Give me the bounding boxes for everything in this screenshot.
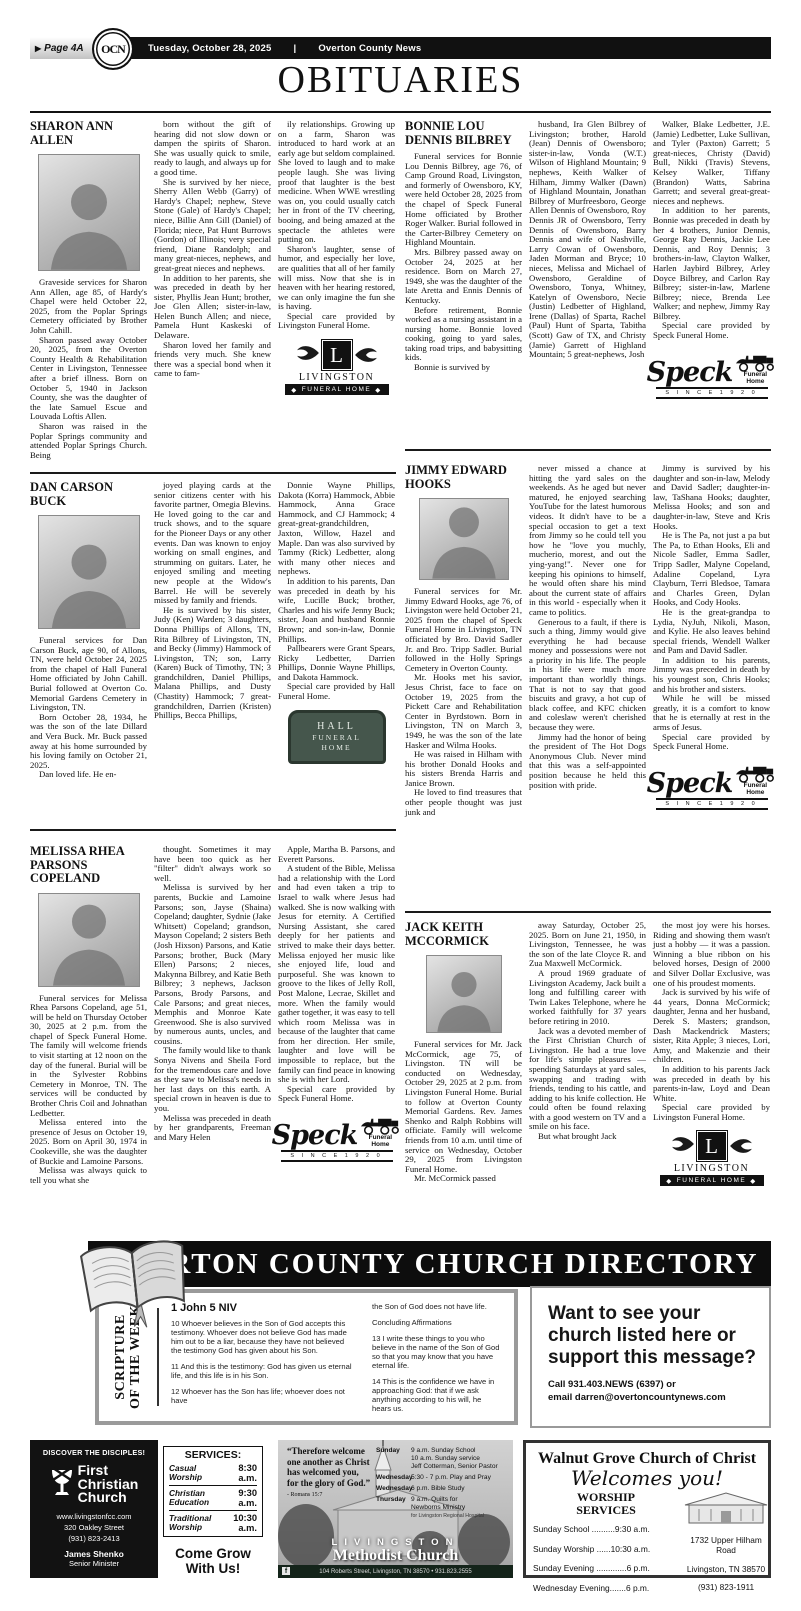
- flourish-icon: [354, 345, 378, 365]
- obituary-paragraph: Melissa was preceded in death by her gra…: [154, 1114, 271, 1143]
- fcc-minister-title: Senior Minister: [35, 1559, 153, 1568]
- speck-since-label: S I N C E 1 9 2 0: [656, 798, 768, 810]
- promo-email[interactable]: email darren@overtoncountynews.com: [548, 1391, 761, 1404]
- schedule-row: Wednesday5:30 - 7 p.m. Play and Pray: [376, 1474, 510, 1482]
- obituary-paragraph: He was raised in Hilham with his brother…: [405, 750, 522, 788]
- speck-script-name: Speck: [647, 361, 733, 385]
- worship-time-row: Sunday Evening .............6 p.m.: [533, 1563, 679, 1574]
- issue-date: Tuesday, October 28, 2025: [148, 43, 271, 54]
- portrait-photo: [38, 154, 140, 271]
- obituary-paragraph: He is the great-grandpa to Lydia, NyJuh,…: [653, 608, 770, 656]
- speck-funeral-home-logo: SpeckFuneral HomeS I N C E 1 9 2 0: [656, 761, 768, 810]
- obituary-paragraph: Pallbearers were Grant Spears, Ricky Led…: [278, 644, 395, 682]
- promo-headline: Want to see your church listed here or s…: [548, 1303, 761, 1369]
- livingston-funeral-home-logo: LLIVINGSTON◆FUNERAL HOME◆: [285, 340, 389, 395]
- obit-column: thought. Sometimes it may have been too …: [154, 845, 271, 1142]
- obituary-paragraph: Funeral services for Bonnie Lou Dennis B…: [405, 152, 522, 248]
- obituary-paragraph: Donnie Wayne Phillips, Dakota (Korra) Ha…: [278, 481, 395, 577]
- obituary-paragraph: In addition to her parents, Bonnie was p…: [653, 206, 770, 321]
- obit-group-allen: SHARON ANN ALLENGraveside services for S…: [30, 120, 396, 460]
- obit-column: ily relationships. Growing up on a farm,…: [278, 120, 395, 399]
- walnut-address-line: 1732 Upper Hilham Road: [683, 1535, 769, 1555]
- speck-funeral-home-logo: SpeckFuneral HomeS I N C E 1 9 2 0: [281, 1113, 393, 1162]
- fcc-tagline: DISCOVER THE DISCIPLES!: [35, 1448, 153, 1457]
- horse-carriage-icon: [734, 761, 776, 784]
- speck-funeral-home-label: Funeral Home: [734, 371, 776, 385]
- obituary-paragraph: A student of the Bible, Melissa had a re…: [278, 864, 395, 1085]
- obituary-paragraph: Generous to a fault, if there is such a …: [529, 618, 646, 733]
- obituary-paragraph: Jack was a devoted member of the First C…: [529, 1027, 646, 1133]
- service-time: 8:30 a.m.: [220, 1463, 257, 1483]
- obituary-paragraph: Dan loved life. He en-: [30, 770, 147, 780]
- obituary-name-heading: JACK KEITH MCCORMICK: [405, 921, 522, 948]
- flourish-icon: [729, 1136, 753, 1156]
- person-silhouette: [39, 164, 139, 270]
- promo-contact: Call 931.403.NEWS (6397) or email darren…: [548, 1378, 761, 1404]
- obituary-paragraph: Sharon was raised in the Poplar Springs …: [30, 422, 147, 460]
- obituary-paragraph: Funeral services for Dan Carson Buck, ag…: [30, 636, 147, 713]
- obituary-paragraph: Before retirement, Bonnie worked as a nu…: [405, 306, 522, 364]
- scripture-verse: 14 This is the confidence we have in app…: [372, 1377, 502, 1413]
- first-christian-church-ad: DISCOVER THE DISCIPLES! First Christian …: [30, 1440, 268, 1578]
- obit-column: Jimmy is survived by his daughter and so…: [653, 464, 770, 814]
- schedule-line: 5:30 - 7 p.m. Play and Pray: [411, 1474, 510, 1482]
- obit-column: the most joy were his horses. Riding and…: [653, 921, 770, 1190]
- paper-name: Overton County News: [318, 43, 421, 54]
- masthead-separator: |: [293, 43, 296, 54]
- obituary-paragraph: She is survived by her niece, Sherry All…: [154, 178, 271, 274]
- obit-column: husband, Ira Glen Bilbrey of Livingston;…: [529, 120, 646, 360]
- obituary-paragraph: Born October 28, 1934, he was the son of…: [30, 713, 147, 771]
- bible-icon: [74, 1234, 196, 1332]
- obit-column: JIMMY EDWARD HOOKSFuneral services for M…: [405, 464, 522, 817]
- schedule-day: Wednesday: [376, 1485, 411, 1493]
- obituary-paragraph: joyed playing cards at the senior citize…: [154, 481, 271, 606]
- obituary-paragraph: Mr. McCormick passed: [405, 1174, 522, 1184]
- obituary-paragraph: never missed a chance at hitting the yar…: [529, 464, 646, 618]
- page-number: Page 4A: [44, 43, 83, 54]
- obituary-paragraph: Bonnie is survived by: [405, 363, 522, 373]
- speck-funeral-home-label: Funeral Home: [359, 1134, 401, 1148]
- methodist-schedule: Sunday9 a.m. Sunday School10 a.m. Sunday…: [376, 1447, 510, 1523]
- obit-group-bilbrey: BONNIE LOU DENNIS BILBREYFuneral service…: [405, 120, 771, 403]
- obit-group-buck: DAN CARSON BUCKFuneral services for Dan …: [30, 481, 396, 780]
- obituary-paragraph: Melissa is survived by her parents, Buck…: [154, 883, 271, 1046]
- schedule-day: Wednesday: [376, 1474, 411, 1482]
- livingston-monogram: L: [697, 1131, 727, 1161]
- livingston-name: LIVINGSTON: [285, 372, 389, 383]
- obit-column: BONNIE LOU DENNIS BILBREYFuneral service…: [405, 120, 522, 373]
- speck-since-label: S I N C E 1 9 2 0: [281, 1150, 393, 1162]
- obituary-paragraph: In addition to his parents Jack was prec…: [653, 1065, 770, 1103]
- schedule-details: 6 p.m. Bible Study: [411, 1485, 510, 1493]
- obituary-paragraph: Jimmy is survived by his daughter and so…: [653, 464, 770, 531]
- newspaper-page: ▶ Page 4A OCN Tuesday, October 28, 2025 …: [0, 0, 801, 1611]
- service-name: Christian Education: [169, 1489, 220, 1507]
- schedule-line: 9 a.m. Quilts for: [411, 1496, 510, 1504]
- obituary-name-heading: DAN CARSON BUCK: [30, 481, 147, 508]
- walnut-address-line: (931) 823-1911: [683, 1582, 769, 1592]
- schedule-line: Newborns Ministry: [411, 1504, 510, 1512]
- obit-column: MELISSA RHEA PARSONS COPELANDFuneral ser…: [30, 845, 147, 1185]
- obituary-paragraph: In addition to his parents, Jimmy was pr…: [653, 656, 770, 694]
- walnut-church-name: Walnut Grove Church of Christ: [533, 1450, 761, 1467]
- worship-time-row: Wednesday Evening.......6 p.m.: [533, 1583, 679, 1594]
- service-row: Christian Education9:30 a.m.: [169, 1485, 257, 1510]
- obituary-paragraph: But what brought Jack: [529, 1132, 646, 1142]
- speck-funeral-home-logo: SpeckFuneral HomeS I N C E 1 9 2 0: [656, 350, 768, 399]
- service-name: Traditional Worship: [169, 1514, 218, 1532]
- obit-column: Apple, Martha B. Parsons, and Everett Pa…: [278, 845, 395, 1166]
- service-name: Casual Worship: [169, 1464, 220, 1482]
- obituary-name-heading: BONNIE LOU DENNIS BILBREY: [405, 120, 522, 147]
- obituary-paragraph: Special care provided by Hall Funeral Ho…: [278, 682, 395, 701]
- obituary-paragraph: Mr. Hooks met his savior, Jesus Christ, …: [405, 673, 522, 750]
- fcc-services-box: SERVICES: Casual Worship8:30 a.m.Christi…: [163, 1446, 263, 1537]
- obit-column: away Saturday, October 25, 2025. Born on…: [529, 921, 646, 1142]
- schedule-line: 6 p.m. Bible Study: [411, 1485, 510, 1493]
- scripture-verse: Concluding Affirmations: [372, 1318, 502, 1327]
- worship-time-row: Sunday School ..........9:30 a.m.: [533, 1524, 679, 1535]
- fcc-minister-name: James Shenko: [35, 1549, 153, 1559]
- obit-group-copeland: MELISSA RHEA PARSONS COPELANDFuneral ser…: [30, 845, 396, 1185]
- fcc-cta: Come Grow With Us!: [163, 1546, 263, 1576]
- service-row: Traditional Worship10:30 a.m.: [169, 1510, 257, 1535]
- flourish-icon: [296, 343, 320, 368]
- obituary-paragraph: While he will be missed greatly, it is a…: [653, 694, 770, 732]
- fcc-services-title: SERVICES:: [169, 1449, 257, 1461]
- portrait-photo: [419, 498, 509, 580]
- obituary-paragraph: A proud 1969 graduate of Livingston Acad…: [529, 969, 646, 1027]
- obituary-paragraph: In addition to her parents, she was prec…: [154, 274, 271, 341]
- schedule-row: Wednesday6 p.m. Bible Study: [376, 1485, 510, 1493]
- livingston-funeral-home-logo: LLIVINGSTON◆FUNERAL HOME◆: [660, 1131, 764, 1186]
- obituary-paragraph: Special care provided by Speck Funeral H…: [653, 733, 770, 752]
- speck-since-label: S I N C E 1 9 2 0: [656, 387, 768, 399]
- obituary-paragraph: Special care provided by Livingston Fune…: [278, 312, 395, 331]
- walnut-worship-times: WORSHIP SERVICES Sunday School .........…: [533, 1491, 679, 1602]
- fcc-website-link[interactable]: www.livingstonfcc.com: [35, 1512, 153, 1521]
- obituary-name-heading: MELISSA RHEA PARSONS COPELAND: [30, 845, 147, 886]
- obituary-paragraph: Walker, Blake Ledbetter, J.E. (Jamie) Le…: [653, 120, 770, 206]
- person-silhouette: [39, 525, 139, 628]
- livingston-name: LIVINGSTON: [660, 1163, 764, 1174]
- walnut-address-line: Livingston, TN 38570: [683, 1564, 769, 1574]
- obit-column: never missed a chance at hitting the yar…: [529, 464, 646, 790]
- obituary-paragraph: Funeral services for Mr. Jimmy Edward Ho…: [405, 587, 522, 673]
- obit-group-hooks: JIMMY EDWARD HOOKSFuneral services for M…: [405, 464, 771, 817]
- service-time: 10:30 a.m.: [218, 1513, 257, 1533]
- obituary-paragraph: Special care provided by Speck Funeral H…: [653, 321, 770, 340]
- obituary-paragraph: Special care provided by Livingston Fune…: [653, 1103, 770, 1122]
- livingston-monogram: L: [322, 340, 352, 370]
- facebook-icon[interactable]: f: [282, 1567, 290, 1575]
- promo-phone[interactable]: Call 931.403.NEWS (6397) or: [548, 1378, 761, 1391]
- service-row: Casual Worship8:30 a.m.: [169, 1461, 257, 1485]
- obituary-paragraph: He is The Pa, not just a pa but The Pa, …: [653, 531, 770, 608]
- methodist-church-name: LIVINGSTON Methodist Church: [278, 1537, 513, 1563]
- obituary-paragraph: Special care provided by Speck Funeral H…: [278, 1085, 395, 1104]
- obituary-paragraph: Mrs. Bilbrey passed away on October 24, …: [405, 248, 522, 306]
- hall-funeral-home-logo: HALLFUNERALHOME: [288, 710, 386, 764]
- fcc-address: 320 Oakley Street: [35, 1523, 153, 1532]
- section-divider: [405, 911, 771, 913]
- obituary-paragraph: Sharon loved her family and friends very…: [154, 341, 271, 379]
- service-time: 9:30 a.m.: [220, 1488, 257, 1508]
- methodist-church-ad: “Therefore welcome one another as Christ…: [278, 1440, 513, 1578]
- fcc-ad-right-panel: SERVICES: Casual Worship8:30 a.m.Christi…: [158, 1440, 268, 1578]
- section-divider: [30, 829, 396, 831]
- scripture-verse: 13 I write these things to you who belie…: [372, 1334, 502, 1370]
- schedule-row: Thursday9 a.m. Quilts forNewborns Minist…: [376, 1496, 510, 1520]
- obituary-paragraph: Funeral services for Mr. Jack McCormick,…: [405, 1040, 522, 1174]
- schedule-details: 5:30 - 7 p.m. Play and Pray: [411, 1474, 510, 1482]
- obituary-paragraph: Melissa entered into the presence of Jes…: [30, 1118, 147, 1166]
- obituary-paragraph: The family would like to thank Sonya Niv…: [154, 1046, 271, 1113]
- livingston-funeral-home-label: ◆FUNERAL HOME◆: [660, 1175, 764, 1186]
- methodist-quote-reference: - Romans 15:7: [287, 1490, 371, 1501]
- speck-script-name: Speck: [647, 772, 733, 796]
- fcc-phone[interactable]: (931) 823-2413: [35, 1534, 153, 1543]
- obituary-paragraph: Sharon's laughter, sense of humor, and e…: [278, 245, 395, 312]
- speck-script-name: Speck: [272, 1124, 358, 1148]
- portrait-photo: [38, 515, 140, 629]
- schedule-details: 9 a.m. Quilts forNewborns Ministryfor Li…: [411, 1496, 510, 1520]
- speck-funeral-home-label: Funeral Home: [734, 782, 776, 796]
- horse-carriage-icon: [734, 350, 776, 373]
- schedule-row: Sunday9 a.m. Sunday School10 a.m. Sunday…: [376, 1447, 510, 1471]
- obituary-paragraph: husband, Ira Glen Bilbrey of Livingston;…: [529, 120, 646, 360]
- arrow-icon: ▶: [35, 44, 41, 53]
- obituary-paragraph: Jimmy had the honor of being the preside…: [529, 733, 646, 791]
- obit-column: SHARON ANN ALLENGraveside services for S…: [30, 120, 147, 460]
- scripture-column-right: the Son of God does not have life.Conclu…: [372, 1302, 502, 1417]
- obituary-paragraph: born without the gift of hearing did not…: [154, 120, 271, 178]
- obituary-name-heading: JIMMY EDWARD HOOKS: [405, 464, 522, 491]
- obituary-paragraph: Jack is survived by his wife of 44 years…: [653, 988, 770, 1065]
- church-drawing-icon: [683, 1517, 769, 1527]
- scripture-content: 1 John 5 NIV 10 Whoever believes in the …: [171, 1293, 514, 1421]
- schedule-day: Sunday: [376, 1447, 411, 1471]
- fcc-ad-left-panel: DISCOVER THE DISCIPLES! First Christian …: [30, 1440, 158, 1578]
- methodist-address-bar: 104 Roberts Street, Livingston, TN 38570…: [278, 1565, 513, 1578]
- obituary-paragraph: Graveside services for Sharon Ann Allen,…: [30, 278, 147, 336]
- obituary-paragraph: ily relationships. Growing up on a farm,…: [278, 120, 395, 245]
- obit-column: joyed playing cards at the senior citize…: [154, 481, 271, 721]
- obituary-paragraph: the most joy were his horses. Riding and…: [653, 921, 770, 988]
- livingston-funeral-home-label: ◆FUNERAL HOME◆: [285, 384, 389, 395]
- scripture-verse: 12 Whoever has the Son has life; whoever…: [171, 1387, 356, 1405]
- obit-column: JACK KEITH MCCORMICKFuneral services for…: [405, 921, 522, 1184]
- schedule-line: 10 a.m. Sunday service: [411, 1455, 510, 1463]
- obituary-paragraph: thought. Sometimes it may have been too …: [154, 845, 271, 883]
- title-rule: [30, 111, 771, 113]
- person-silhouette: [420, 505, 508, 579]
- schedule-line: 9 a.m. Sunday School: [411, 1447, 510, 1455]
- person-silhouette: [39, 901, 139, 986]
- obit-column: Donnie Wayne Phillips, Dakota (Korra) Ha…: [278, 481, 395, 768]
- walnut-grove-church-ad: Walnut Grove Church of Christ Welcomes y…: [523, 1440, 771, 1578]
- obit-column: Walker, Blake Ledbetter, J.E. (Jamie) Le…: [653, 120, 770, 403]
- masthead-text: Tuesday, October 28, 2025 | Overton Coun…: [148, 37, 421, 59]
- schedule-line: for Livingston Regional Hospital: [411, 1512, 510, 1520]
- portrait-photo: [38, 893, 140, 987]
- obituary-paragraph: In addition to his parents, Dan was prec…: [278, 577, 395, 644]
- schedule-day: Thursday: [376, 1496, 411, 1520]
- obituary-paragraph: Apple, Martha B. Parsons, and Everett Pa…: [278, 845, 395, 864]
- schedule-details: 9 a.m. Sunday School10 a.m. Sunday servi…: [411, 1447, 510, 1471]
- section-divider: [30, 472, 396, 474]
- obituary-name-heading: SHARON ANN ALLEN: [30, 120, 147, 147]
- walnut-welcome-script: Welcomes you!: [533, 1467, 761, 1489]
- schedule-line: Jeff Cotterman, Senior Pastor: [411, 1463, 510, 1471]
- ocn-logo: OCN: [92, 28, 134, 70]
- obituary-paragraph: He is survived by his sister, Judy (Ken)…: [154, 606, 271, 721]
- flourish-icon: [671, 1134, 695, 1159]
- obit-group-mccormick: JACK KEITH MCCORMICKFuneral services for…: [405, 921, 771, 1190]
- person-silhouette: [427, 962, 501, 1032]
- scripture-verse: the Son of God does not have life.: [372, 1302, 502, 1311]
- obituary-paragraph: Funeral services for Melissa Rhea Parson…: [30, 994, 147, 1119]
- fcc-church-name: First Christian Church: [78, 1464, 139, 1505]
- worship-time-row: Sunday Worship ......10:30 a.m.: [533, 1544, 679, 1555]
- obituary-paragraph: He loved to find treasures that other pe…: [405, 788, 522, 817]
- obit-column: DAN CARSON BUCKFuneral services for Dan …: [30, 481, 147, 780]
- section-divider: [405, 449, 771, 451]
- portrait-photo: [426, 955, 502, 1033]
- chalice-icon: [50, 1466, 74, 1503]
- scripture-verse: 11 And this is the testimony: God has gi…: [171, 1362, 356, 1380]
- obit-column: born without the gift of hearing did not…: [154, 120, 271, 379]
- methodist-quote: “Therefore welcome one another as Christ…: [287, 1446, 371, 1501]
- obituary-paragraph: away Saturday, October 25, 2025. Born on…: [529, 921, 646, 969]
- horse-carriage-icon: [359, 1113, 401, 1136]
- obituary-paragraph: Sharon passed away October 20, 2025, fro…: [30, 336, 147, 422]
- obituary-paragraph: Melissa was always quick to tell you wha…: [30, 1166, 147, 1185]
- masthead-bar: ▶ Page 4A OCN Tuesday, October 28, 2025 …: [30, 37, 771, 59]
- walnut-address-block: 1732 Upper Hilham RoadLivingston, TN 385…: [683, 1491, 769, 1602]
- church-listing-promo: Want to see your church listed here or s…: [530, 1286, 771, 1428]
